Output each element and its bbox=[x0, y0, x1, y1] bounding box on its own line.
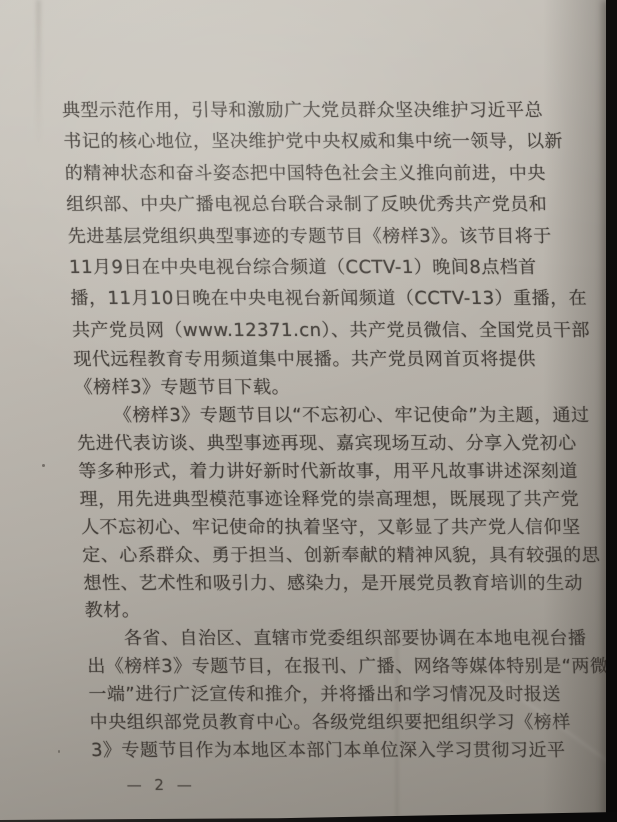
document-line: 11月9日在中央电视台综合频道（CCTV-1）晚间8点档首 bbox=[68, 252, 617, 283]
document-line: 典型示范作用，引导和激励广大党员群众坚决维护习近平总 bbox=[61, 95, 617, 126]
document-line: 教材。 bbox=[84, 597, 617, 625]
photo-right-edge bbox=[606, 0, 617, 822]
document-line: 定、心系群众、勇于担当、创新奉献的精神风貌，具有较强的思 bbox=[82, 542, 617, 570]
page-number: — 2 — bbox=[126, 772, 617, 800]
document-line: 组织部、中央广播电视总台联合录制了反映优秀共产党员和 bbox=[66, 189, 617, 220]
document-line: 先进代表访谈、典型事迹再现、嘉宾现场互动、分享入党初心 bbox=[77, 430, 617, 458]
document-line-paragraph-start: 各省、自治区、直辖市党委组织部要协调在本地电视台播 bbox=[85, 625, 617, 653]
document-photo: 典型示范作用，引导和激励广大党员群众坚决维护习近平总 书记的核心地位，坚决维护党… bbox=[0, 0, 617, 822]
document-line: 的精神状态和奋斗姿态把中国特色社会主义推向前进，中央 bbox=[64, 158, 617, 189]
document-line: 播，11月10日晚在中央电视台新闻频道（CCTV-13）重播，在 bbox=[70, 283, 617, 314]
paper-crease-top-left bbox=[37, 0, 40, 150]
document-line: 想性、艺术性和吸引力、感染力，是开展党员教育培训的生动 bbox=[83, 570, 617, 598]
document-line: 《榜样3》专题节目下载。 bbox=[74, 374, 617, 402]
document-line: 共产党员网（www.12371.cn）、共产党员微信、全国党员干部 bbox=[71, 315, 617, 346]
document-line-paragraph-start: 《榜样3》专题节目以“不忘初心、牢记使命”为主题，通过 bbox=[75, 402, 617, 430]
document-line: 理，用先进典型模范事迹诠释党的崇高理想，既展现了共产党 bbox=[79, 486, 617, 514]
paragraph-block-top: 典型示范作用，引导和激励广大党员群众坚决维护习近平总 书记的核心地位，坚决维护党… bbox=[61, 95, 617, 346]
document-line: 人不忘初心、牢记使命的执着坚守，又彰显了共产党人信仰坚 bbox=[80, 514, 617, 542]
paper-speck bbox=[42, 464, 45, 467]
document-line: 3》专题节目作为本地区本部门本单位深入学习贯彻习近平 bbox=[90, 737, 617, 765]
paper-crease-bottom bbox=[396, 640, 398, 822]
document-line: 先进基层党组织典型事迹的专题节目《榜样3》。该节目将于 bbox=[67, 221, 617, 252]
document-line: 现代远程教育专用频道集中展播。共产党员网首页将提供 bbox=[73, 346, 617, 374]
document-line: 一端”进行广泛宣传和推介，并将播出和学习情况及时报送 bbox=[88, 681, 617, 709]
document-line: 出《榜样3》专题节目，在报刊、广播、网络等媒体特别是“两微 bbox=[87, 653, 617, 681]
paper-speck bbox=[58, 750, 60, 753]
document-line: 等多种形式，着力讲好新时代新故事，用平凡故事讲述深刻道 bbox=[78, 458, 617, 486]
paragraph-block-bottom: 现代远程教育专用频道集中展播。共产党员网首页将提供 《榜样3》专题节目下载。 《… bbox=[73, 346, 617, 800]
document-line: 书记的核心地位，坚决维护党中央权威和集中统一领导，以新 bbox=[63, 126, 617, 157]
document-line: 中央组织部党员教育中心。各级党组织要把组织学习《榜样 bbox=[89, 709, 617, 737]
